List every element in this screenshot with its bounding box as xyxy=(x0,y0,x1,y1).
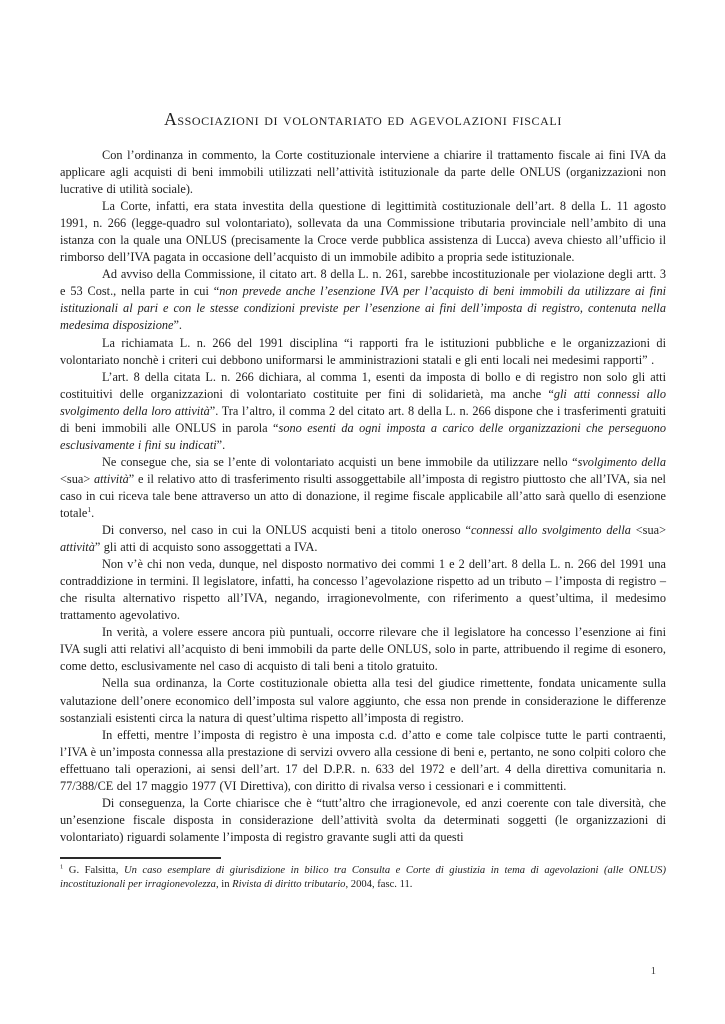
paragraph: Di conseguenza, la Corte chiarisce che è… xyxy=(60,795,666,846)
text-run: , 2004, fasc. 11. xyxy=(345,879,412,890)
footnote-section: 1 G. Falsitta, Un caso esemplare di giur… xyxy=(60,857,666,892)
paragraph: La richiamata L. n. 266 del 1991 discipl… xyxy=(60,335,666,369)
text-run: , in xyxy=(216,879,232,890)
paragraph: Con l’ordinanza in commento, la Corte co… xyxy=(60,147,666,198)
text-run: ”. xyxy=(217,438,226,452)
paragraph: Di converso, nel caso in cui la ONLUS ac… xyxy=(60,522,666,556)
text-run: Nella sua ordinanza, la Corte costituzio… xyxy=(60,676,666,724)
document-title: Associazioni di volontariato ed agevolaz… xyxy=(60,109,666,130)
text-run: In effetti, mentre l’imposta di registro… xyxy=(60,728,666,793)
text-run: Ne consegue che, sia se l’ente di volont… xyxy=(102,455,578,469)
paragraph: Ne consegue che, sia se l’ente di volont… xyxy=(60,454,666,522)
text-run: Non v’è chi non veda, dunque, nel dispos… xyxy=(60,557,666,622)
document-content: Associazioni di volontariato ed agevolaz… xyxy=(0,109,725,892)
text-run: connessi allo svolgimento della xyxy=(471,523,636,537)
text-run: <sua> xyxy=(60,472,94,486)
text-run: ” e il relativo atto di trasferimento ri… xyxy=(60,472,666,520)
text-run: svolgimento della xyxy=(578,455,666,469)
text-run: attività xyxy=(94,472,129,486)
footnote-separator xyxy=(60,857,221,859)
page-number: 1 xyxy=(651,966,656,977)
text-run: G. Falsitta, xyxy=(63,865,124,876)
text-run: <sua> xyxy=(636,523,666,537)
text-run: Di conseguenza, la Corte chiarisce che è… xyxy=(60,796,666,844)
paragraph: La Corte, infatti, era stata investita d… xyxy=(60,198,666,266)
text-run: Rivista di diritto tributario xyxy=(232,879,345,890)
text-run: In verità, a volere essere ancora più pu… xyxy=(60,625,666,673)
footnote-text: 1 G. Falsitta, Un caso esemplare di giur… xyxy=(60,864,666,892)
text-run: attività xyxy=(60,540,95,554)
text-run: ” gli atti di acquisto sono assoggettati… xyxy=(95,540,318,554)
text-run: Di converso, nel caso in cui la ONLUS ac… xyxy=(102,523,471,537)
document-body: Con l’ordinanza in commento, la Corte co… xyxy=(60,147,666,846)
text-run: ”. xyxy=(173,318,182,332)
paragraph: In effetti, mentre l’imposta di registro… xyxy=(60,727,666,795)
text-run: Con l’ordinanza in commento, la Corte co… xyxy=(60,148,666,196)
document-page: Associazioni di volontariato ed agevolaz… xyxy=(0,0,725,1024)
paragraph: L’art. 8 della citata L. n. 266 dichiara… xyxy=(60,369,666,454)
paragraph: Nella sua ordinanza, la Corte costituzio… xyxy=(60,675,666,726)
text-run: La Corte, infatti, era stata investita d… xyxy=(60,199,666,264)
paragraph: In verità, a volere essere ancora più pu… xyxy=(60,624,666,675)
paragraph: Non v’è chi non veda, dunque, nel dispos… xyxy=(60,556,666,624)
text-run: . xyxy=(91,506,94,520)
paragraph: Ad avviso della Commissione, il citato a… xyxy=(60,266,666,334)
text-run: La richiamata L. n. 266 del 1991 discipl… xyxy=(60,336,666,367)
